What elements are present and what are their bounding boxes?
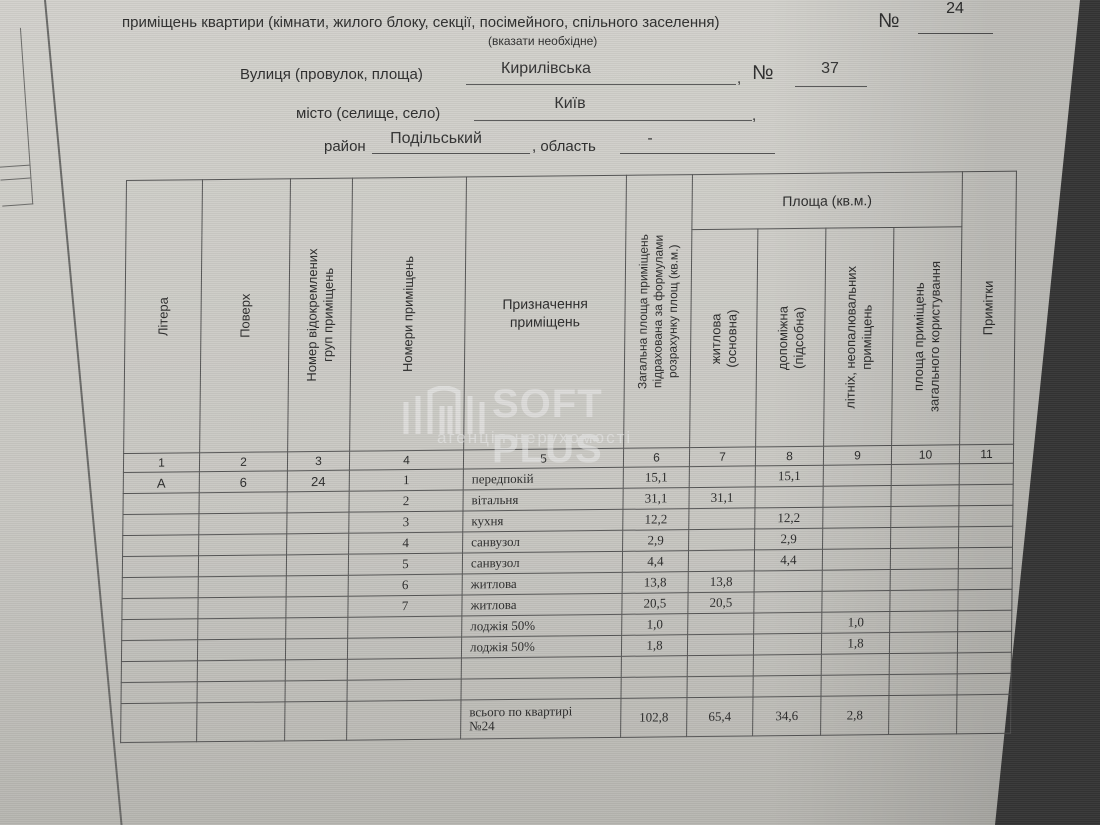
cell-common [889,674,957,696]
cell-aux: 4,4 [754,549,822,571]
cell-group [285,638,347,660]
cell-living [687,634,753,656]
cell-floor [199,513,287,535]
cell-aux: 15,1 [755,465,823,487]
header-title: приміщень квартири (кімнати, жилого блок… [122,14,720,31]
cell-total [621,677,687,699]
cell-purpose [461,677,621,700]
cell-total: 12,2 [623,509,689,531]
cell-group [286,554,348,576]
cell-purpose: житлова [462,593,622,616]
cell-living [687,655,753,677]
column-number: 5 [463,448,623,469]
cell-living [689,508,755,530]
cell-notes [957,652,1011,674]
cell-total: 31,1 [623,488,689,510]
cell-summer [823,507,891,529]
cell-summer [822,570,890,592]
cell-group: 24 [287,470,349,492]
rooms-table: Літера Поверх Номер відокремленихгруп пр… [120,171,1017,743]
cell-common [891,527,959,549]
cell-common [889,653,957,675]
street-value: Кирилівська [466,60,626,78]
cell-group [286,575,348,597]
number-sign: № [878,10,899,33]
cell-total: 4,4 [622,551,688,573]
header-summer: літніх, неопалювальнихприміщень [824,228,894,447]
cell-notes [958,568,1012,590]
cell-floor [198,555,286,577]
cell-summer: 1,8 [821,633,889,655]
region-label: , область [532,138,596,155]
cell-living: 13,8 [688,571,754,593]
cell-living [689,466,755,488]
header-common: площа приміщеньзагального користування [892,227,962,446]
house-number-value: 37 [795,60,865,78]
cell-aux [753,633,821,655]
cell-aux [753,654,821,676]
cell-total: 1,0 [622,614,688,636]
cell-room: 3 [349,511,463,533]
cell-litera [123,493,199,515]
cell-group [286,596,348,618]
column-number: 1 [123,453,199,473]
cell-purpose: лоджія 50% [461,635,621,658]
header-group-number: Номер відокремленихгруп приміщень [288,178,353,452]
cell-floor [198,597,286,619]
cell-group [287,512,349,534]
cell-common [891,485,959,507]
cell-aux [753,675,821,697]
cell-total: 1,8 [621,635,687,657]
cell-notes [957,631,1011,653]
cell-purpose [461,656,621,679]
cell-common [890,590,958,612]
header-notes: Примітки [960,171,1017,445]
cell-litera [123,535,199,557]
header-auxiliary: допоміжна(підсобна) [756,228,826,447]
cell-purpose: санвузол [462,551,622,574]
column-number: 2 [199,452,287,472]
cell-floor [199,534,287,556]
column-number: 8 [755,446,823,466]
cell-living [689,529,755,551]
cell-litera [122,598,198,620]
cell-litera [121,640,197,662]
cell-group [286,617,348,639]
cell-group [287,533,349,555]
cell-room: 7 [348,595,462,617]
cell-aux: 12,2 [755,507,823,529]
cell-summer [821,654,889,676]
column-number: 9 [823,445,891,465]
cell-common [891,506,959,528]
cell-litera [121,661,197,683]
header-purpose: Призначенняприміщень [464,175,627,450]
cell-notes [959,526,1013,548]
region-underline [620,153,775,154]
header-floor: Поверх [200,179,291,453]
cell-room: 2 [349,490,463,512]
cell-total [621,656,687,678]
header-room-number: Номери приміщень [350,177,467,451]
cell-room [348,616,462,638]
cell-living: 20,5 [688,592,754,614]
total-aux: 34,6 [753,696,821,736]
column-number: 10 [891,445,959,465]
cell-floor [197,639,285,661]
house-number-sign: № [752,62,773,85]
cell-notes [959,484,1013,506]
header-litera: Літера [124,180,203,454]
cell-purpose: санвузол [463,530,623,553]
cell-group [285,659,347,681]
cell-purpose: житлова [462,572,622,595]
cell-notes [957,673,1011,695]
apartment-number: 24 [920,0,990,18]
cell-purpose: вітальня [463,488,623,511]
cell-litera [122,577,198,599]
total-total: 102,8 [621,698,687,738]
cell-room [347,679,461,701]
cell-room: 4 [349,532,463,554]
cell-aux [754,612,822,634]
cell-purpose: кухня [463,509,623,532]
cell-total: 15,1 [623,467,689,489]
cell-summer: 1,0 [822,612,890,634]
district-label: район [324,138,366,155]
cell-aux [755,486,823,508]
inventory-document: приміщень квартири (кімнати, жилого блок… [0,0,1100,825]
column-number: 4 [349,450,463,470]
cell-notes [959,505,1013,527]
apartment-number-underline [918,33,993,34]
region-value: - [630,130,670,148]
cell-floor [197,681,285,703]
total-notes [957,694,1011,734]
header-note: (вказати необхідне) [488,34,597,48]
cell-common [890,569,958,591]
cell-floor [198,576,286,598]
cell-group [285,680,347,702]
cell-group [287,491,349,513]
cell-summer [821,675,889,697]
district-underline [372,153,530,154]
cell-notes [959,463,1013,485]
cell-notes [958,547,1012,569]
cell-purpose: лоджія 50% [462,614,622,637]
total-row: всього по квартирі№24102,865,434,62,8 [121,694,1011,742]
cell-room: 1 [349,469,463,491]
total-summer: 2,8 [821,696,889,736]
cell-total: 2,9 [623,530,689,552]
city-label: місто (селище, село) [296,105,440,122]
cell-floor [197,660,285,682]
cell-common [891,464,959,486]
total-living: 65,4 [687,697,753,737]
cell-total: 20,5 [622,593,688,615]
column-number: 11 [959,444,1013,464]
header-living: житлова(основна) [690,229,758,448]
cell-aux [754,570,822,592]
column-number: 7 [689,447,755,467]
cell-litera: А [123,472,199,494]
cell-floor [199,492,287,514]
cell-common [889,632,957,654]
cell-common [890,611,958,633]
cell-living [688,613,754,635]
header-total-area: Загальна площа приміщеньпідрахована за ф… [624,175,693,449]
cell-litera [122,619,198,641]
cell-litera [121,682,197,704]
cell-notes [958,589,1012,611]
cell-aux: 2,9 [755,528,823,550]
cell-summer [822,549,890,571]
cell-living [688,550,754,572]
cell-total: 13,8 [622,572,688,594]
cell-living [687,676,753,698]
street-underline [466,84,736,85]
cell-notes [958,610,1012,632]
cell-floor: 6 [199,471,287,493]
cell-aux [754,591,822,613]
cell-room: 5 [348,553,462,575]
cell-summer [823,486,891,508]
cell-summer [822,591,890,613]
district-value: Подільський [372,130,500,148]
cell-room [347,658,461,680]
header-area-group: Площа (кв.м.) [692,172,963,230]
city-value: Київ [480,95,660,113]
column-number: 3 [287,451,349,471]
column-number: 6 [623,448,689,468]
house-number-underline [795,86,867,87]
rooms-table-wrapper: Літера Поверх Номер відокремленихгруп пр… [120,171,971,740]
total-label: всього по квартирі№24 [461,698,621,739]
city-underline [474,120,752,121]
cell-common [890,548,958,570]
cell-litera [123,514,199,536]
cell-floor [198,618,286,640]
cell-purpose: передпокій [463,467,623,490]
cell-room: 6 [348,574,462,596]
cell-summer [823,465,891,487]
cell-summer [823,528,891,550]
cell-litera [122,556,198,578]
total-common [889,695,957,735]
cell-room [347,637,461,659]
street-label: Вулиця (провулок, площа) [240,66,423,83]
cell-living: 31,1 [689,487,755,509]
